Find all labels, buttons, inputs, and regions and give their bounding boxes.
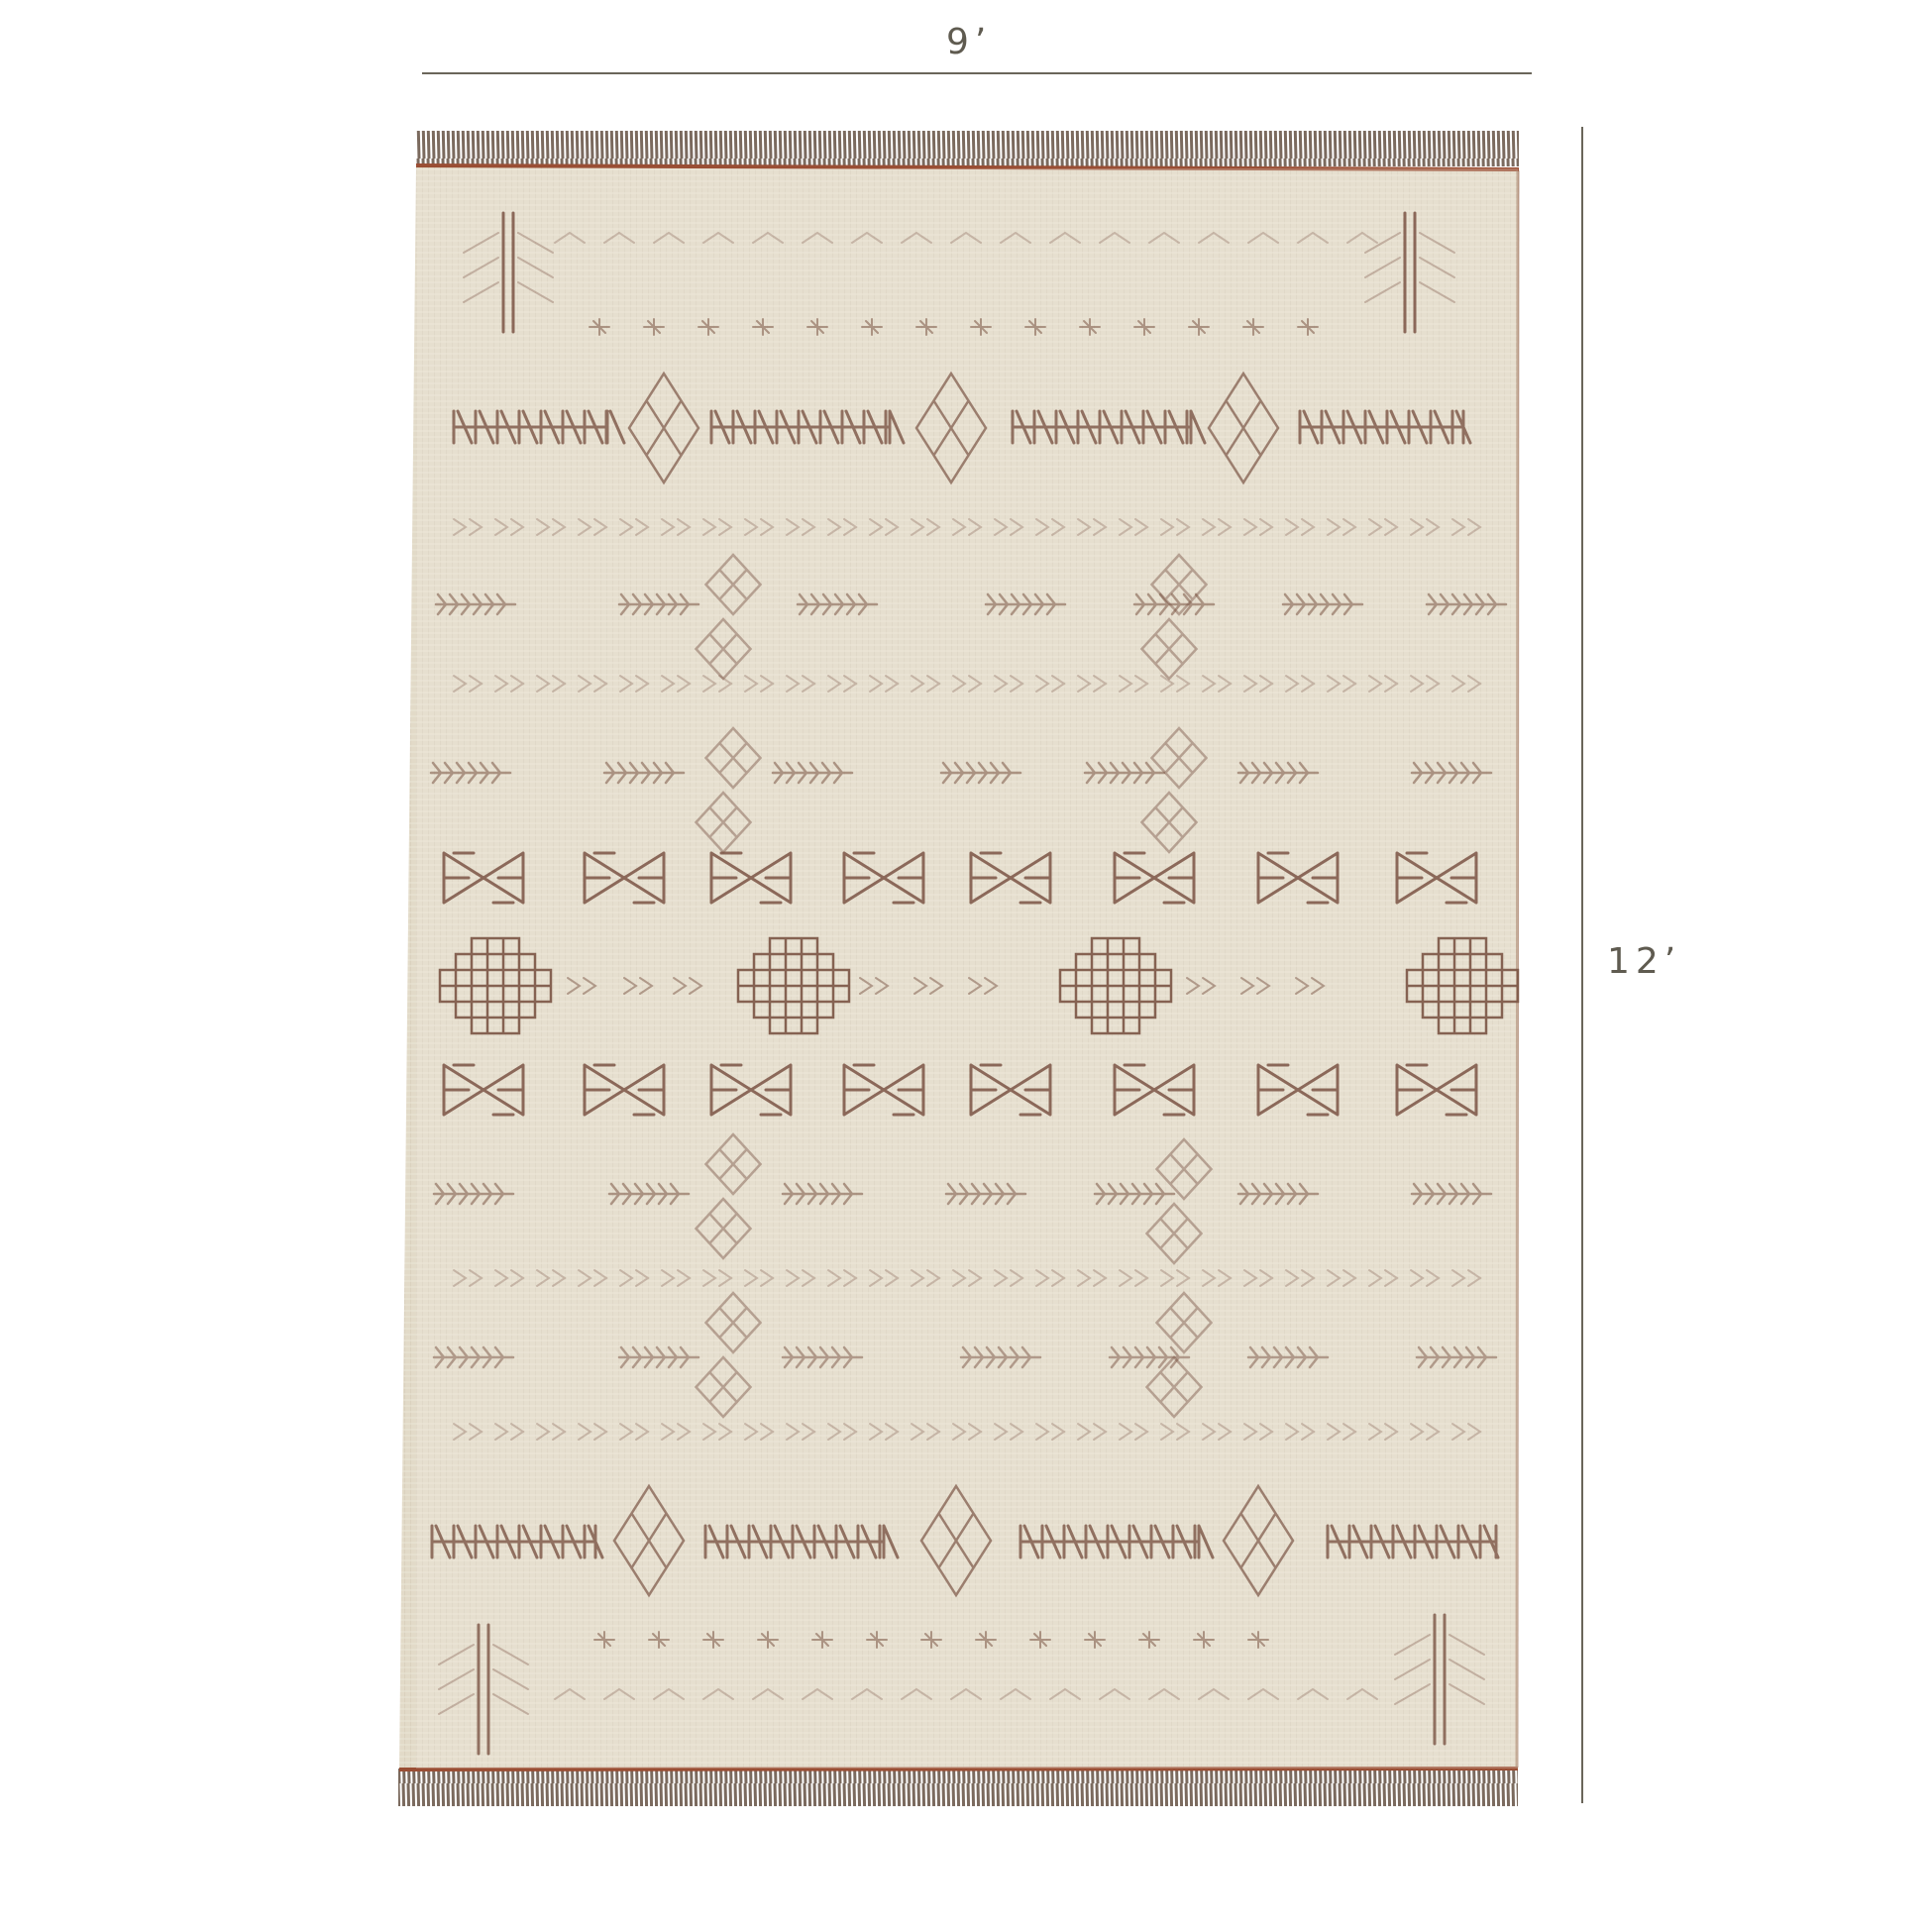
rug-image [0,0,1932,1932]
bottom-binding [399,1769,1518,1770]
bottom-fringe [398,1769,1518,1806]
top-fringe [416,131,1519,166]
